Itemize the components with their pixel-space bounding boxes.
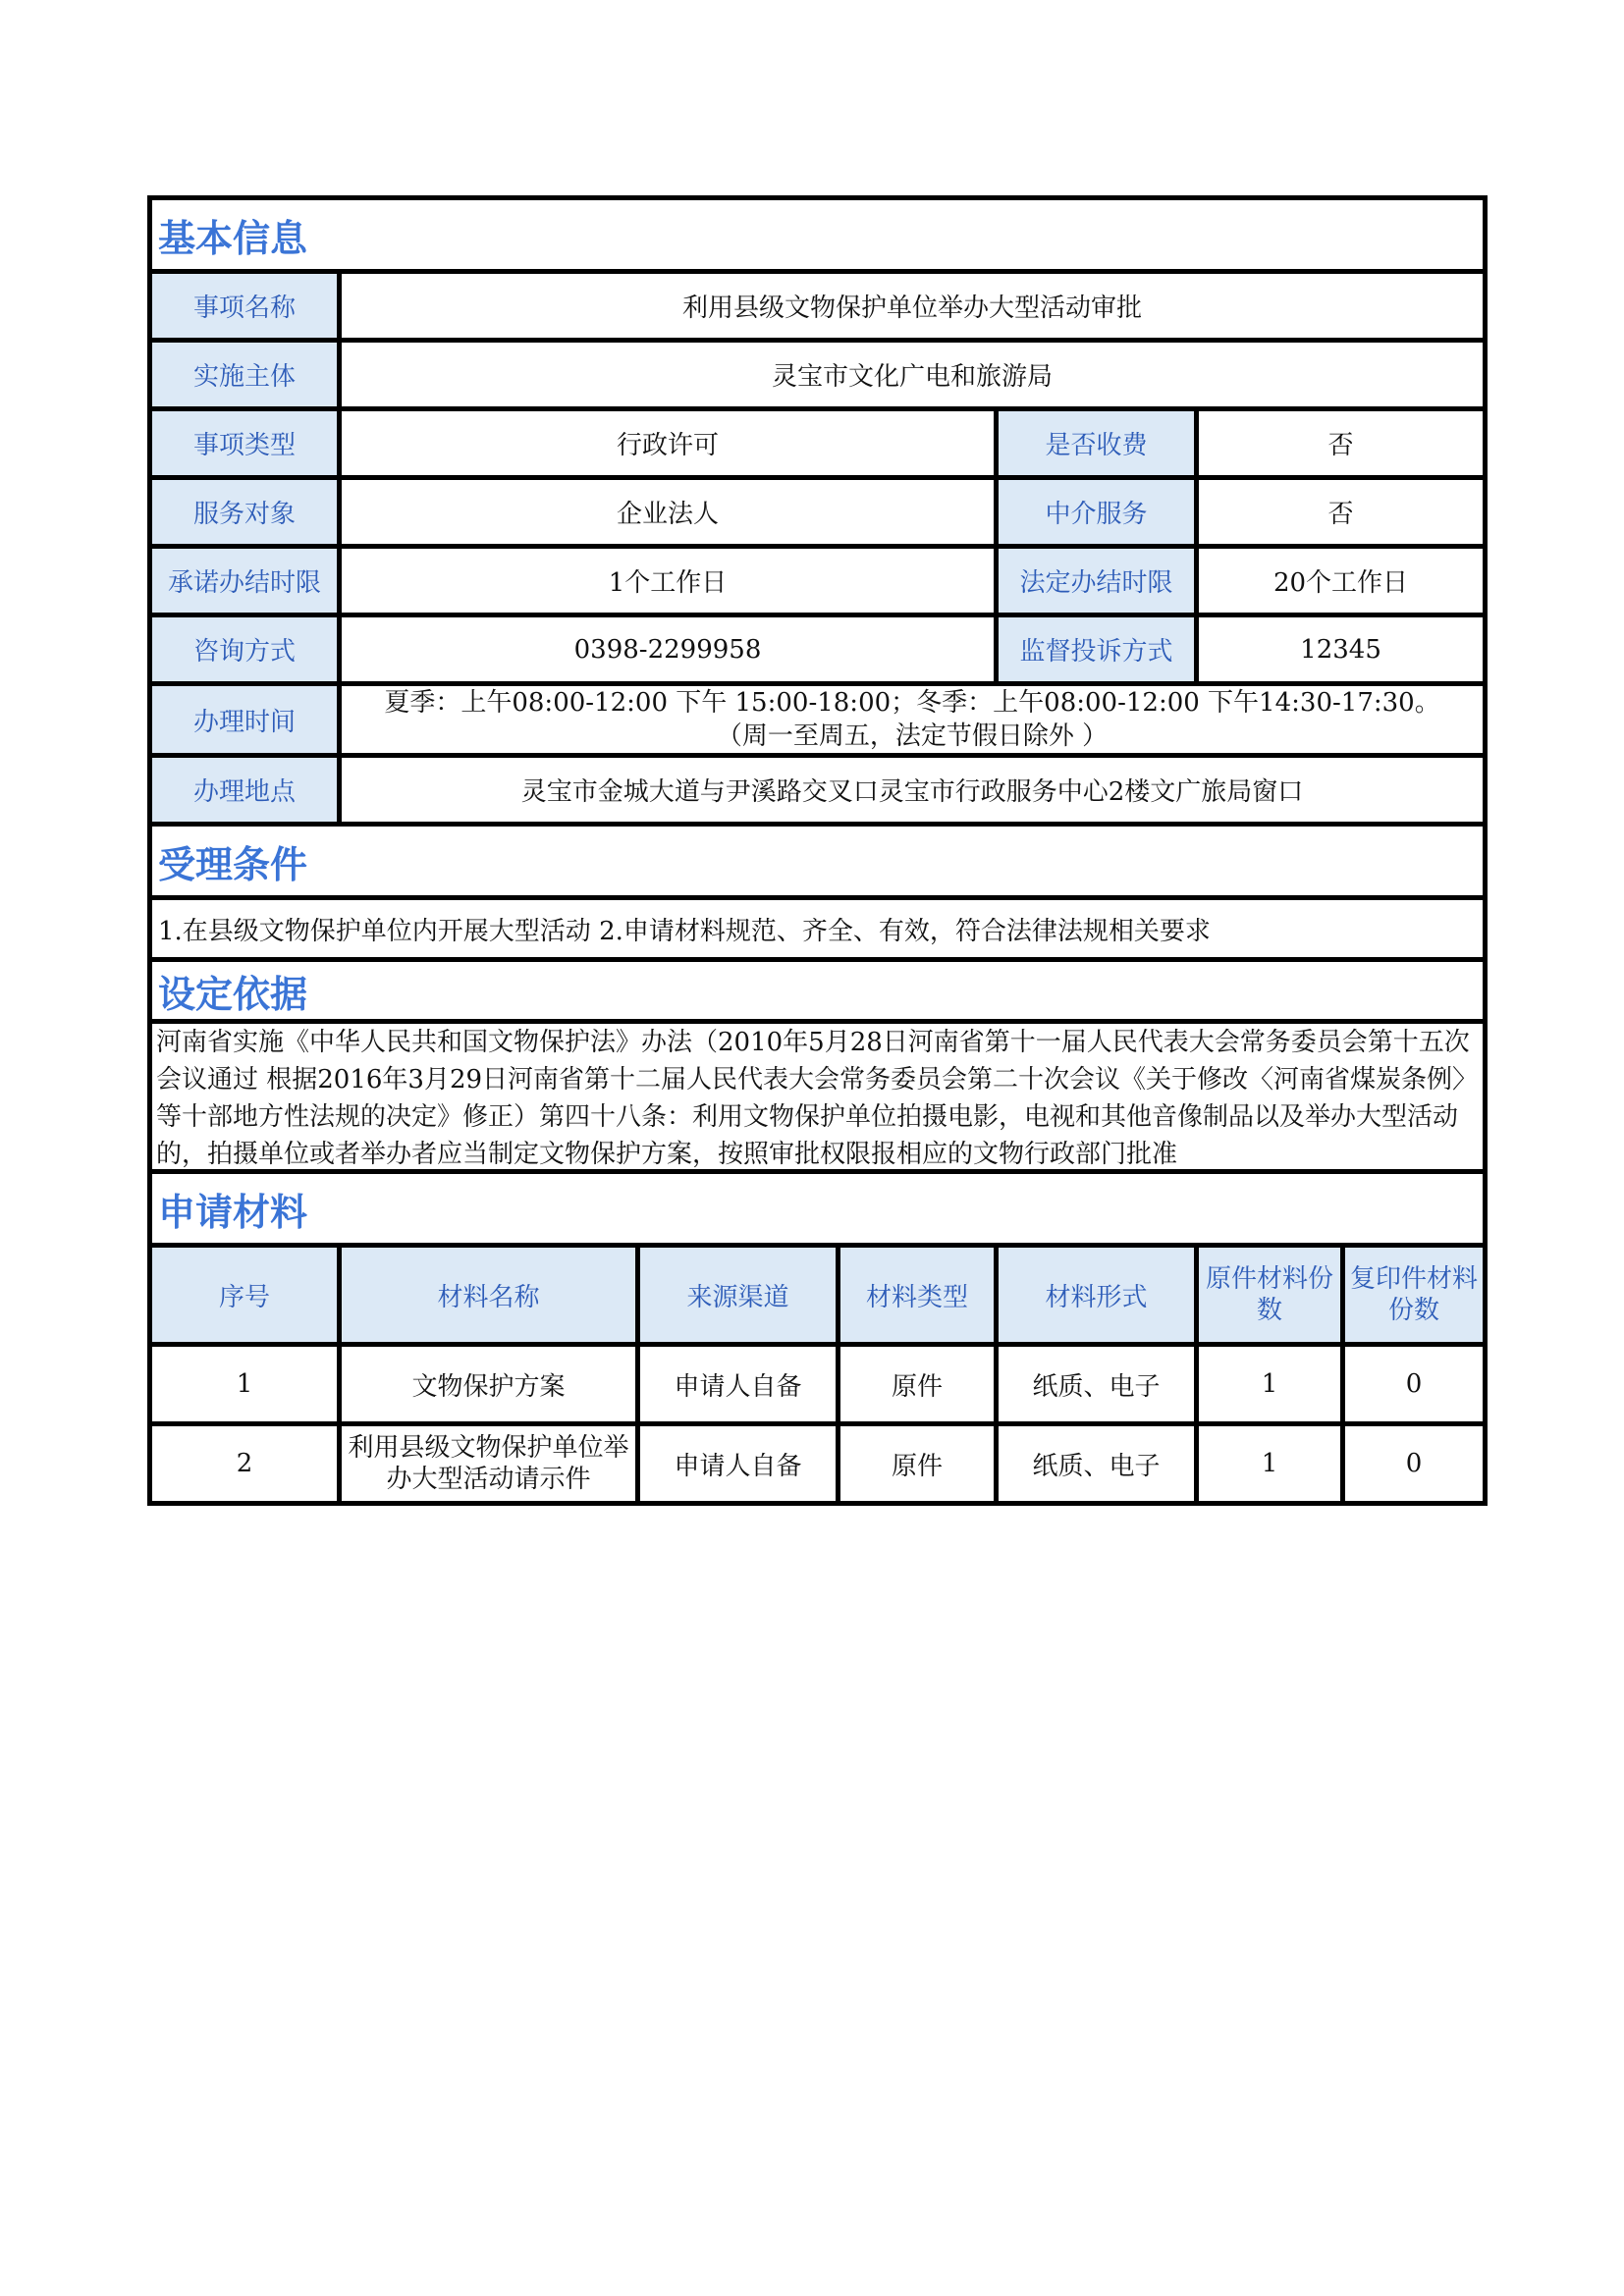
cell-copy-count: 0 [1343,1345,1486,1424]
hours-line-1: 夏季：上午08:00-12:00 下午 15:00-18:00；冬季：上午08:… [342,686,1483,720]
section-title-basis: 设定依据 [150,960,1486,1022]
materials-header-form: 材料形式 [997,1246,1197,1345]
value-fee: 否 [1197,409,1486,478]
materials-header-index: 序号 [150,1246,340,1345]
label-intermediary: 中介服务 [997,478,1197,547]
label-implementer: 实施主体 [150,341,340,409]
label-item-type: 事项类型 [150,409,340,478]
cell-original-count: 1 [1197,1345,1343,1424]
cell-index: 1 [150,1345,340,1424]
hours-line-2: （周一至周五，法定节假日除外 ） [342,720,1483,753]
value-hours: 夏季：上午08:00-12:00 下午 15:00-18:00；冬季：上午08:… [340,684,1486,756]
cell-name: 文物保护方案 [340,1345,638,1424]
value-promised-limit: 1个工作日 [340,547,997,615]
materials-header-original-count: 原件材料份数 [1197,1246,1343,1345]
section-title-basic-info: 基本信息 [150,198,1486,272]
cell-form: 纸质、电子 [997,1424,1197,1504]
materials-header-copy-count: 复印件材料份数 [1343,1246,1486,1345]
label-legal-limit: 法定办结时限 [997,547,1197,615]
value-complaint: 12345 [1197,615,1486,684]
value-location: 灵宝市金城大道与尹溪路交叉口灵宝市行政服务中心2楼文广旅局窗口 [340,756,1486,825]
cell-type: 原件 [839,1424,997,1504]
section-title-materials: 申请材料 [150,1172,1486,1246]
conditions-text: 1.在县级文物保护单位内开展大型活动 2.申请材料规范、齐全、有效，符合法律法规… [150,898,1486,960]
table-row: 1 文物保护方案 申请人自备 原件 纸质、电子 1 0 [150,1345,1486,1424]
materials-header-type: 材料类型 [839,1246,997,1345]
basis-text: 河南省实施《中华人民共和国文物保护法》办法（2010年5月28日河南省第十一届人… [156,1024,1479,1169]
value-item-type: 行政许可 [340,409,997,478]
basic-info-table: 基本信息 事项名称 利用县级文物保护单位举办大型活动审批 实施主体 灵宝市文化广… [147,195,1488,1506]
value-target: 企业法人 [340,478,997,547]
basis-cell: 河南省实施《中华人民共和国文物保护法》办法（2010年5月28日河南省第十一届人… [150,1022,1486,1172]
cell-copy-count: 0 [1343,1424,1486,1504]
label-location: 办理地点 [150,756,340,825]
cell-source: 申请人自备 [638,1345,839,1424]
label-target: 服务对象 [150,478,340,547]
value-intermediary: 否 [1197,478,1486,547]
label-consult: 咨询方式 [150,615,340,684]
value-item-name: 利用县级文物保护单位举办大型活动审批 [340,272,1486,341]
label-fee: 是否收费 [997,409,1197,478]
label-promised-limit: 承诺办结时限 [150,547,340,615]
cell-index: 2 [150,1424,340,1504]
table-row: 2 利用县级文物保护单位举办大型活动请示件 申请人自备 原件 纸质、电子 1 0 [150,1424,1486,1504]
materials-header-name: 材料名称 [340,1246,638,1345]
label-hours: 办理时间 [150,684,340,756]
label-complaint: 监督投诉方式 [997,615,1197,684]
cell-original-count: 1 [1197,1424,1343,1504]
service-guide-page: 基本信息 事项名称 利用县级文物保护单位举办大型活动审批 实施主体 灵宝市文化广… [147,195,1483,1506]
cell-type: 原件 [839,1345,997,1424]
cell-form: 纸质、电子 [997,1345,1197,1424]
label-item-name: 事项名称 [150,272,340,341]
cell-name: 利用县级文物保护单位举办大型活动请示件 [340,1424,638,1504]
value-implementer: 灵宝市文化广电和旅游局 [340,341,1486,409]
value-consult: 0398-2299958 [340,615,997,684]
materials-header-source: 来源渠道 [638,1246,839,1345]
cell-source: 申请人自备 [638,1424,839,1504]
section-title-conditions: 受理条件 [150,825,1486,898]
value-legal-limit: 20个工作日 [1197,547,1486,615]
